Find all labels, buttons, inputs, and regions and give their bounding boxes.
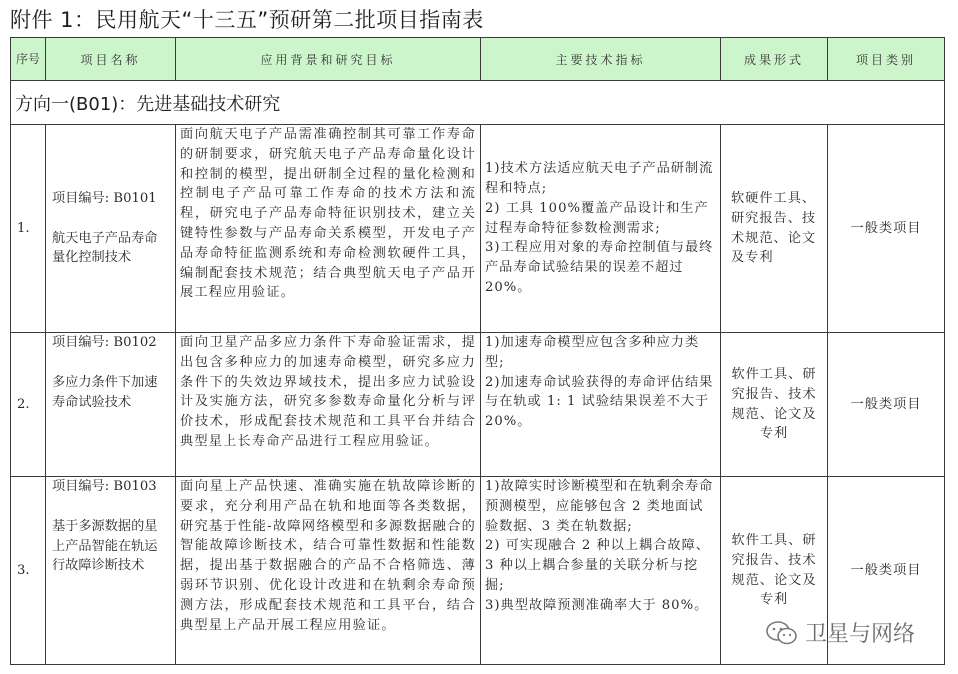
row-results: 软件工具、研究报告、技术规范、论文及专利	[721, 333, 828, 477]
row-background: 面向星上产品快速、准确实施在轨故障诊断的要求，充分利用产品在轨和地面等各类数据，…	[176, 477, 481, 665]
table-row: 1. 项目编号: B0101 航天电子产品寿命量化控制技术 面向航天电子产品需准…	[11, 125, 945, 333]
project-name: 多应力条件下加速寿命试验技术	[52, 375, 158, 410]
row-seq: 1.	[11, 125, 46, 333]
row-indicators: 1)加速寿命模型应包含多种应力类型; 2)加速寿命试验获得的寿命评估结果与在轨或…	[481, 333, 721, 477]
row-background: 面向卫星产品多应力条件下寿命验证需求，提出包含多种应力的加速寿命模型，研究多应力…	[176, 333, 481, 477]
indicator-item: 1)故障实时诊断模型和在轨剩余寿命预测模型，应能够包含 2 类地面试验数据、3 …	[485, 477, 716, 536]
header-seq: 序号	[11, 38, 46, 81]
row-category: 一般类项目	[828, 125, 945, 333]
header-category: 项目类别	[828, 38, 945, 81]
project-code: 项目编号: B0103	[52, 477, 169, 497]
header-indicators: 主要技术指标	[481, 38, 721, 81]
row-name-cell: 项目编号: B0102 多应力条件下加速寿命试验技术	[46, 333, 176, 477]
project-guide-table: 序号 项目名称 应用背景和研究目标 主要技术指标 成果形式 项目类别 方向一(B…	[10, 37, 945, 665]
row-seq: 2.	[11, 333, 46, 477]
table-header-row: 序号 项目名称 应用背景和研究目标 主要技术指标 成果形式 项目类别	[11, 38, 945, 81]
indicator-item: 2) 可实现融合 2 种以上耦合故障、3 种以上耦合参量的关联分析与挖掘;	[485, 536, 716, 595]
watermark: 卫星与网络	[765, 617, 915, 648]
header-results: 成果形式	[721, 38, 828, 81]
row-background: 面向航天电子产品需准确控制其可靠工作寿命的研制要求，研究航天电子产品寿命量化设计…	[176, 125, 481, 333]
row-name-cell: 项目编号: B0103 基于多源数据的星上产品智能在轨运行故障诊断技术	[46, 477, 176, 665]
project-code: 项目编号: B0102	[52, 333, 169, 353]
header-name: 项目名称	[46, 38, 176, 81]
indicator-item: 3)典型故障预测准确率大于 80%。	[485, 596, 716, 616]
watermark-text: 卫星与网络	[805, 617, 915, 648]
indicator-item: 1)加速寿命模型应包含多种应力类型;	[485, 333, 716, 373]
indicator-item: 2)加速寿命试验获得的寿命评估结果与在轨或 1: 1 试验结果误差不大于 20%…	[485, 373, 716, 432]
row-name-cell: 项目编号: B0101 航天电子产品寿命量化控制技术	[46, 125, 176, 333]
row-seq: 3.	[11, 477, 46, 665]
indicator-item: 3)工程应用对象的寿命控制值与最终产品寿命试验结果的误差不超过 20%。	[485, 238, 716, 297]
row-indicators: 1)故障实时诊断模型和在轨剩余寿命预测模型，应能够包含 2 类地面试验数据、3 …	[481, 477, 721, 665]
header-background: 应用背景和研究目标	[176, 38, 481, 81]
project-name: 基于多源数据的星上产品智能在轨运行故障诊断技术	[52, 519, 158, 574]
wechat-icon	[765, 620, 799, 646]
project-code: 项目编号: B0101	[52, 189, 169, 209]
indicator-item: 1)技术方法适应航天电子产品研制流程和特点;	[485, 159, 716, 199]
indicator-item: 2) 工具 100%覆盖产品设计和生产过程寿命特征参数检测需求;	[485, 199, 716, 239]
section-title: 方向一(B01)：先进基础技术研究	[11, 81, 945, 125]
row-indicators: 1)技术方法适应航天电子产品研制流程和特点; 2) 工具 100%覆盖产品设计和…	[481, 125, 721, 333]
document-title: 附件 1：民用航天“十三五”预研第二批项目指南表	[10, 4, 484, 34]
table-row: 2. 项目编号: B0102 多应力条件下加速寿命试验技术 面向卫星产品多应力条…	[11, 333, 945, 477]
row-results: 软硬件工具、研究报告、技术规范、论文及专利	[721, 125, 828, 333]
section-row: 方向一(B01)：先进基础技术研究	[11, 81, 945, 125]
project-name: 航天电子产品寿命量化控制技术	[52, 231, 158, 266]
row-category: 一般类项目	[828, 333, 945, 477]
